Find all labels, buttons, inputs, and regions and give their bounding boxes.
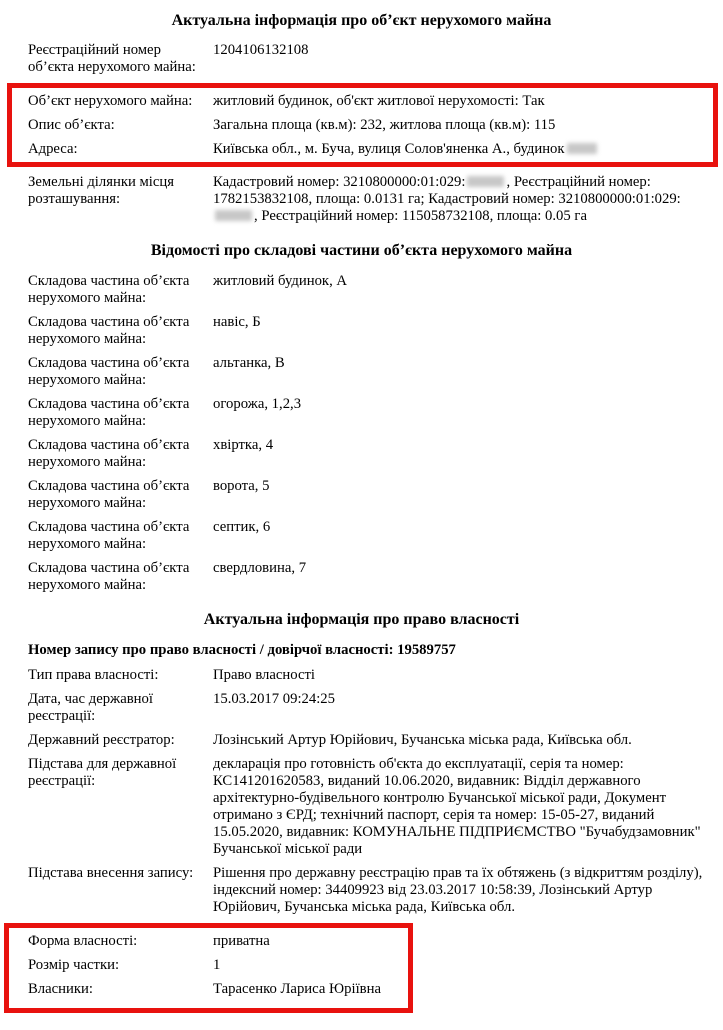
field-row-component-3: Складова частина об’єкта нерухомого майн…: [0, 355, 723, 389]
field-label: Складова частина об’єкта нерухомого майн…: [28, 478, 213, 512]
field-row-registration-datetime: Дата, час державної реєстрації: 15.03.20…: [0, 691, 723, 725]
field-value: Київська обл., м. Буча, вулиця Солов'яне…: [213, 141, 707, 158]
field-label: Складова частина об’єкта нерухомого майн…: [28, 314, 213, 348]
field-row-registration-grounds: Підстава для державної реєстрації: декла…: [0, 756, 723, 858]
land-parcels-text: Кадастровий номер: 3210800000:01:029:: [213, 174, 465, 190]
field-value: Лозінський Артур Юрійович, Бучанська міс…: [213, 732, 717, 749]
field-label: Складова частина об’єкта нерухомого майн…: [28, 396, 213, 430]
field-row-state-registrar: Державний реєстратор: Лозінський Артур Ю…: [0, 732, 723, 749]
field-row-component-7: Складова частина об’єкта нерухомого майн…: [0, 519, 723, 553]
field-value: свердловина, 7: [213, 560, 717, 577]
address-text: Київська обл., м. Буча, вулиця Солов'яне…: [213, 141, 565, 157]
field-row-object-description: Опис об’єкта: Загальна площа (кв.м): 232…: [12, 117, 713, 134]
field-value: навіс, Б: [213, 314, 717, 331]
field-value: 15.03.2017 09:24:25: [213, 691, 717, 708]
field-label: Складова частина об’єкта нерухомого майн…: [28, 355, 213, 389]
land-parcels-text: , Реєстраційний номер: 115058732108, пло…: [254, 208, 587, 224]
field-row-ownership-type: Тип права власності: Право власності: [0, 667, 723, 684]
field-row-land-parcels: Земельні ділянки місця розташування: Кад…: [0, 174, 723, 225]
field-label: Розмір частки:: [28, 957, 213, 974]
field-row-owners: Власники: Тарасенко Лариса Юріївна: [9, 981, 408, 998]
field-label: Форма власності:: [28, 933, 213, 950]
field-label: Підстава для державної реєстрації:: [28, 756, 213, 790]
field-value: 1: [213, 957, 402, 974]
field-value: 1204106132108: [213, 42, 717, 59]
redacted-house-number: [567, 143, 597, 154]
field-value: декларація про готовність об'єкта до екс…: [213, 756, 717, 858]
field-label: Державний реєстратор:: [28, 732, 213, 749]
field-value: огорожа, 1,2,3: [213, 396, 717, 413]
field-value: приватна: [213, 933, 402, 950]
field-value: ворота, 5: [213, 478, 717, 495]
redacted-cadastral-digits-2: [215, 210, 252, 221]
field-row-ownership-form: Форма власності: приватна: [9, 933, 408, 950]
field-row-record-entry-grounds: Підстава внесення запису: Рішення про де…: [0, 865, 723, 916]
field-value: житловий будинок, об'єкт житлової нерухо…: [213, 93, 707, 110]
field-label: Земельні ділянки місця розташування:: [28, 174, 213, 208]
field-row-registration-number: Реєстраційний номер об’єкта нерухомого м…: [0, 42, 723, 76]
field-label: Складова частина об’єкта нерухомого майн…: [28, 560, 213, 594]
field-value: Кадастровий номер: 3210800000:01:029:, Р…: [213, 174, 717, 225]
field-row-component-2: Складова частина об’єкта нерухомого майн…: [0, 314, 723, 348]
section-title-components: Відомості про складові частини об’єкта н…: [6, 242, 717, 259]
field-row-component-5: Складова частина об’єкта нерухомого майн…: [0, 437, 723, 471]
section-title-object-info: Актуальна інформація про об’єкт нерухомо…: [6, 12, 717, 29]
field-label: Опис об’єкта:: [28, 117, 213, 134]
field-row-object-type: Об’єкт нерухомого майна: житловий будино…: [12, 93, 713, 110]
field-row-component-8: Складова частина об’єкта нерухомого майн…: [0, 560, 723, 594]
field-row-address: Адреса: Київська обл., м. Буча, вулиця С…: [12, 141, 713, 158]
registry-extract-page: Актуальна інформація про об’єкт нерухомо…: [0, 0, 723, 1030]
field-label: Складова частина об’єкта нерухомого майн…: [28, 273, 213, 307]
field-label: Власники:: [28, 981, 213, 998]
field-value: Рішення про державну реєстрацію прав та …: [213, 865, 717, 916]
field-value: Тарасенко Лариса Юріївна: [213, 981, 402, 998]
field-label: Підстава внесення запису:: [28, 865, 213, 882]
ownership-record-number-line: Номер запису про право власності / довір…: [0, 642, 723, 659]
field-row-component-1: Складова частина об’єкта нерухомого майн…: [0, 273, 723, 307]
field-label: Складова частина об’єкта нерухомого майн…: [28, 519, 213, 553]
field-label: Об’єкт нерухомого майна:: [28, 93, 213, 110]
field-row-component-6: Складова частина об’єкта нерухомого майн…: [0, 478, 723, 512]
field-label: Реєстраційний номер об’єкта нерухомого м…: [28, 42, 213, 76]
highlight-box-ownership-details: Форма власності: приватна Розмір частки:…: [4, 923, 413, 1013]
field-value: септик, 6: [213, 519, 717, 536]
field-label: Дата, час державної реєстрації:: [28, 691, 213, 725]
field-value: Загальна площа (кв.м): 232, житлова площ…: [213, 117, 707, 134]
highlight-box-object-details: Об’єкт нерухомого майна: житловий будино…: [7, 83, 718, 167]
section-title-ownership: Актуальна інформація про право власності: [6, 611, 717, 628]
field-value: житловий будинок, А: [213, 273, 717, 290]
field-value: Право власності: [213, 667, 717, 684]
field-label: Адреса:: [28, 141, 213, 158]
field-value: хвіртка, 4: [213, 437, 717, 454]
field-label: Тип права власності:: [28, 667, 213, 684]
field-row-share-size: Розмір частки: 1: [9, 957, 408, 974]
redacted-cadastral-digits-1: [467, 176, 504, 187]
field-label: Складова частина об’єкта нерухомого майн…: [28, 437, 213, 471]
field-value: альтанка, В: [213, 355, 717, 372]
field-row-component-4: Складова частина об’єкта нерухомого майн…: [0, 396, 723, 430]
